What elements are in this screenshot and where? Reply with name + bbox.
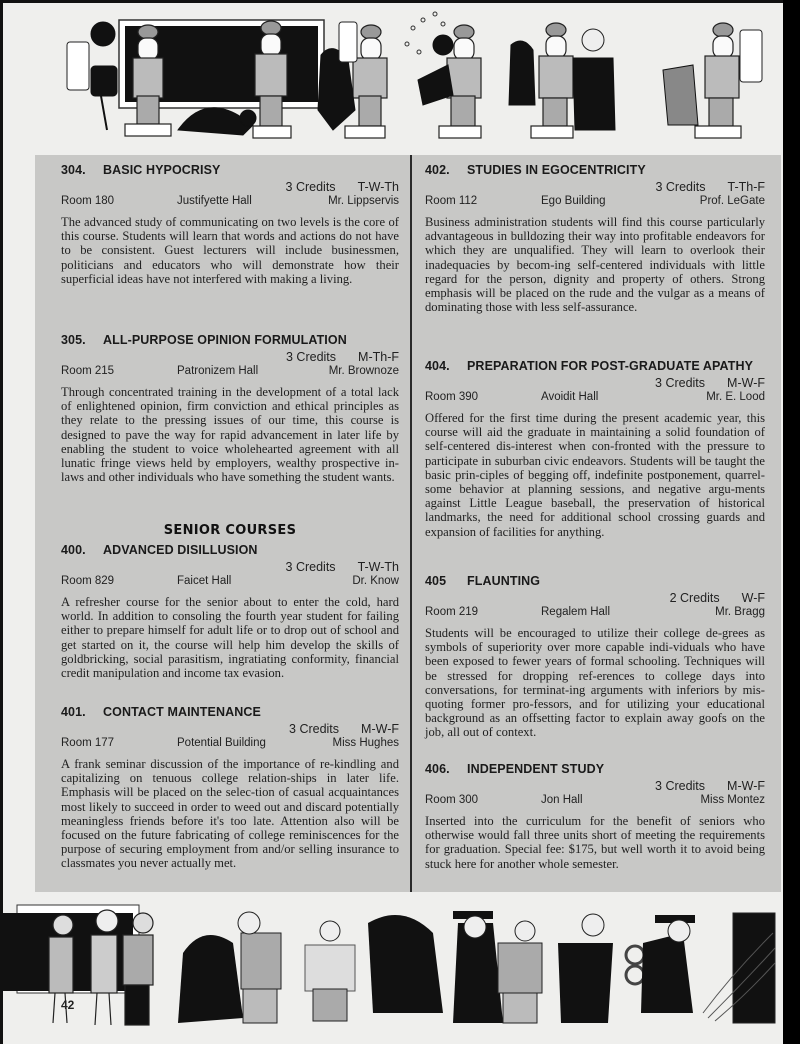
page-number: 42	[61, 998, 74, 1012]
course-credits: 2 Credits	[670, 591, 720, 605]
course-name: ALL-PURPOSE OPINION FORMULATION	[103, 333, 399, 348]
course-instructor: Mr. E. Lood	[706, 390, 765, 404]
course-instructor: Mr. Bragg	[715, 605, 765, 619]
course-building: Potential Building	[171, 736, 333, 750]
course-402: 402. STUDIES IN EGOCENTRICITY 3 Credits …	[425, 163, 765, 314]
course-name: BASIC HYPOCRISY	[103, 163, 399, 178]
course-description: Through concentrated training in the dev…	[61, 385, 399, 484]
course-number: 305.	[61, 333, 103, 348]
course-credits: 3 Credits	[286, 560, 336, 574]
course-title: 401. CONTACT MAINTENANCE	[61, 705, 399, 720]
cartoon-graduates-icon	[3, 893, 786, 1043]
course-room: Room 215	[61, 364, 171, 378]
course-days: M-Th-F	[358, 350, 399, 364]
course-400: 400. ADVANCED DISILLUSION 3 Credits T-W-…	[61, 543, 399, 680]
course-building: Avoidit Hall	[535, 390, 706, 404]
course-number: 405	[425, 574, 467, 589]
course-room: Room 390	[425, 390, 535, 404]
course-building: Patronizem Hall	[171, 364, 329, 378]
course-days: M-W-F	[361, 722, 399, 736]
course-name: CONTACT MAINTENANCE	[103, 705, 399, 720]
course-days: M-W-F	[727, 376, 765, 390]
course-room: Room 829	[61, 574, 171, 588]
course-406: 406. INDEPENDENT STUDY 3 Credits M-W-F R…	[425, 762, 765, 871]
course-building: Jon Hall	[535, 793, 700, 807]
course-description: Business administration students will fi…	[425, 215, 765, 314]
course-credits: 3 Credits	[655, 376, 705, 390]
course-building: Regalem Hall	[535, 605, 715, 619]
course-number: 400.	[61, 543, 103, 558]
course-number: 401.	[61, 705, 103, 720]
course-title: 305. ALL-PURPOSE OPINION FORMULATION	[61, 333, 399, 348]
course-building: Ego Building	[535, 194, 700, 208]
course-credits: 3 Credits	[655, 180, 705, 194]
course-number: 406.	[425, 762, 467, 777]
course-404: 404. PREPARATION FOR POST-GRADUATE APATH…	[425, 359, 765, 539]
course-description: Students will be encouraged to utilize t…	[425, 626, 765, 740]
course-room: Room 300	[425, 793, 535, 807]
course-days: T-W-Th	[358, 560, 399, 574]
course-room: Room 219	[425, 605, 535, 619]
course-days: M-W-F	[727, 779, 765, 793]
course-title: 304. BASIC HYPOCRISY	[61, 163, 399, 178]
course-days: W-F	[742, 591, 765, 605]
course-401: 401. CONTACT MAINTENANCE 3 Credits M-W-F…	[61, 705, 399, 871]
column-divider	[410, 155, 412, 892]
course-building: Faicet Hall	[171, 574, 352, 588]
course-number: 304.	[61, 163, 103, 178]
course-description: A frank seminar discussion of the import…	[61, 757, 399, 871]
course-instructor: Mr. Lippservis	[328, 194, 399, 208]
course-description: A refresher course for the senior about …	[61, 595, 399, 680]
course-listing-panel: 304. BASIC HYPOCRISY 3 Credits T-W-Th Ro…	[35, 155, 781, 892]
course-number: 402.	[425, 163, 467, 178]
bottom-cartoon-illustration	[3, 893, 786, 1043]
course-number: 404.	[425, 359, 467, 374]
course-title: 404. PREPARATION FOR POST-GRADUATE APATH…	[425, 359, 765, 374]
section-heading-senior-courses: SENIOR COURSES	[61, 523, 399, 538]
course-description: Offered for the first time during the pr…	[425, 411, 765, 539]
top-cartoon-illustration	[3, 0, 786, 150]
course-instructor: Miss Hughes	[333, 736, 399, 750]
course-name: STUDIES IN EGOCENTRICITY	[467, 163, 765, 178]
course-room: Room 112	[425, 194, 535, 208]
course-instructor: Prof. LeGate	[700, 194, 765, 208]
course-days: T-W-Th	[358, 180, 399, 194]
course-title: 402. STUDIES IN EGOCENTRICITY	[425, 163, 765, 178]
course-305: 305. ALL-PURPOSE OPINION FORMULATION 3 C…	[61, 333, 399, 484]
magazine-page: 304. BASIC HYPOCRISY 3 Credits T-W-Th Ro…	[0, 0, 783, 1044]
course-name: ADVANCED DISILLUSION	[103, 543, 399, 558]
course-instructor: Mr. Brownoze	[329, 364, 399, 378]
course-credits: 3 Credits	[289, 722, 339, 736]
course-instructor: Dr. Know	[352, 574, 399, 588]
course-title: 406. INDEPENDENT STUDY	[425, 762, 765, 777]
course-credits: 3 Credits	[286, 350, 336, 364]
course-description: Inserted into the curriculum for the ben…	[425, 814, 765, 871]
course-days: T-Th-F	[728, 180, 766, 194]
course-name: PREPARATION FOR POST-GRADUATE APATHY	[467, 359, 765, 374]
course-instructor: Miss Montez	[700, 793, 765, 807]
course-credits: 3 Credits	[655, 779, 705, 793]
course-304: 304. BASIC HYPOCRISY 3 Credits T-W-Th Ro…	[61, 163, 399, 286]
course-room: Room 180	[61, 194, 171, 208]
course-name: FLAUNTING	[467, 574, 765, 589]
course-building: Justifyette Hall	[171, 194, 328, 208]
course-title: 405 FLAUNTING	[425, 574, 765, 589]
course-credits: 3 Credits	[286, 180, 336, 194]
course-room: Room 177	[61, 736, 171, 750]
cartoon-statues-icon	[3, 0, 786, 150]
course-name: INDEPENDENT STUDY	[467, 762, 765, 777]
course-title: 400. ADVANCED DISILLUSION	[61, 543, 399, 558]
course-description: The advanced study of communicating on t…	[61, 215, 399, 286]
course-405: 405 FLAUNTING 2 Credits W-F Room 219 Reg…	[425, 574, 765, 740]
